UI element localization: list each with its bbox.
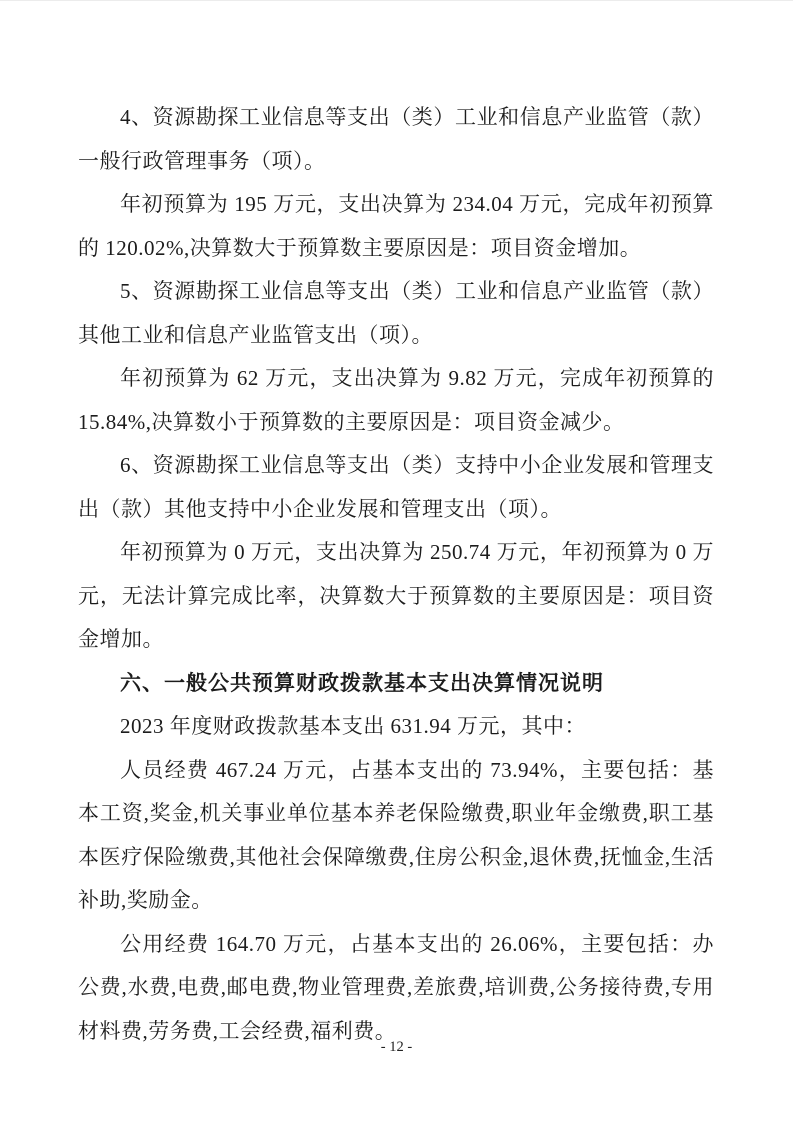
paragraph-item-4-title: 4、资源勘探工业信息等支出（类）工业和信息产业监管（款）一般行政管理事务（项）。 [78,96,714,183]
document-page: 4、资源勘探工业信息等支出（类）工业和信息产业监管（款）一般行政管理事务（项）。… [0,0,793,1123]
document-body: 4、资源勘探工业信息等支出（类）工业和信息产业监管（款）一般行政管理事务（项）。… [78,96,714,1053]
paragraph-item-4-detail: 年初预算为 195 万元，支出决算为 234.04 万元，完成年初预算的 120… [78,183,714,270]
paragraph-public-expense: 公用经费 164.70 万元，占基本支出的 26.06%，主要包括：办公费,水费… [78,923,714,1054]
paragraph-total-basic-expenditure: 2023 年度财政拨款基本支出 631.94 万元，其中： [78,705,714,749]
paragraph-item-6-detail: 年初预算为 0 万元，支出决算为 250.74 万元，年初预算为 0 万元，无法… [78,531,714,662]
page-number: - 12 - [0,1037,793,1057]
section-heading-basic-expenditure: 六、一般公共预算财政拨款基本支出决算情况说明 [78,662,714,706]
paragraph-personnel-expense: 人员经费 467.24 万元，占基本支出的 73.94%，主要包括：基本工资,奖… [78,749,714,923]
paragraph-item-5-title: 5、资源勘探工业信息等支出（类）工业和信息产业监管（款）其他工业和信息产业监管支… [78,270,714,357]
paragraph-item-5-detail: 年初预算为 62 万元，支出决算为 9.82 万元，完成年初预算的 15.84%… [78,357,714,444]
paragraph-item-6-title: 6、资源勘探工业信息等支出（类）支持中小企业发展和管理支出（款）其他支持中小企业… [78,444,714,531]
